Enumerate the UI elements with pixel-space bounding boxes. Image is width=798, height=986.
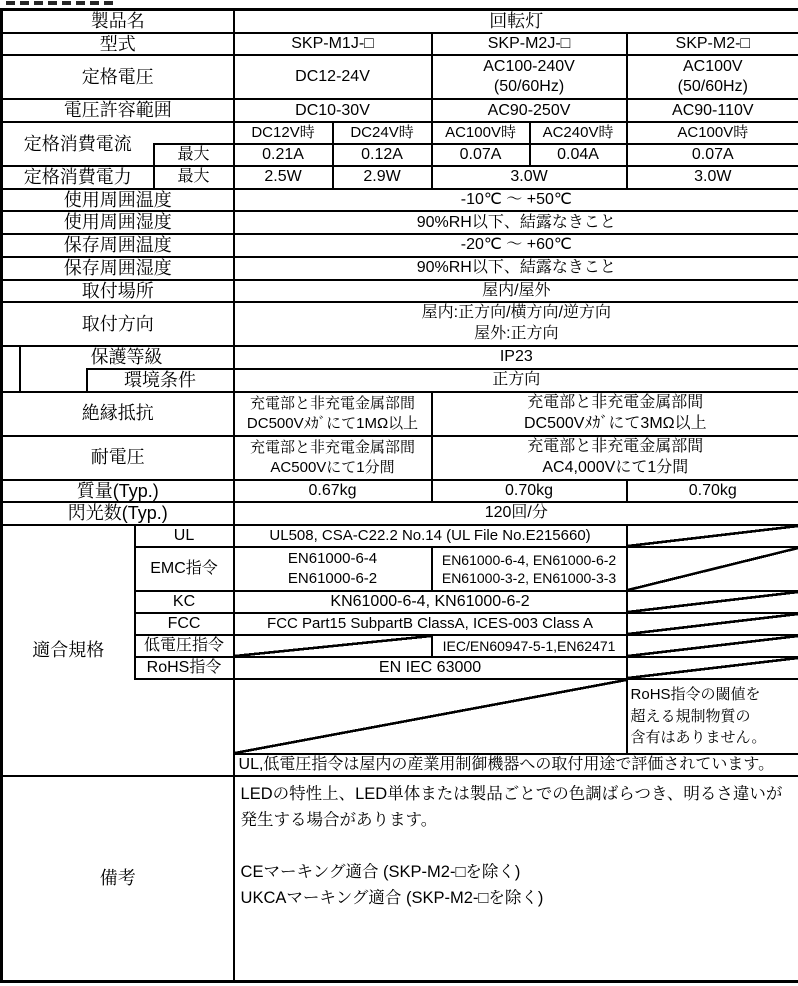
current-header-ac240: AC240V時 <box>530 122 627 144</box>
compliance-rohs-na-cell <box>627 657 798 679</box>
rated-voltage-m3-line1: AC100V <box>630 57 797 78</box>
compliance-ul-na-cell <box>627 525 798 547</box>
insulation-label: 絶縁抵抗 <box>2 392 234 436</box>
row-mass: 質量(Typ.) 0.67kg 0.70kg 0.70kg <box>2 480 798 503</box>
rated-power-label: 定格消費電力 <box>2 166 154 189</box>
insulation-m1-line1: 充電部と非充電金属部間 <box>237 394 429 414</box>
withstand-m1-line1: 充電部と非充電金属部間 <box>237 438 429 458</box>
rated-voltage-label: 定格電圧 <box>2 55 234 99</box>
compliance-lvd-value: IEC/EN60947-5-1,EN62471 <box>432 635 627 657</box>
power-v1: 2.5W <box>234 166 333 189</box>
withstand-m2-line1: 充電部と非充電金属部間 <box>435 437 797 458</box>
mass-m2: 0.70kg <box>432 480 627 503</box>
op-humidity-label: 使用周囲湿度 <box>2 211 234 234</box>
compliance-fcc-value: FCC Part15 SubpartB ClassA, ICES-003 Cla… <box>234 613 627 635</box>
insulation-m1-line2: DC500Vﾒｶﾞにて1MΩ以上 <box>237 414 429 434</box>
compliance-emc-m2: EN61000-6-4, EN61000-6-2 EN61000-3-2, EN… <box>432 547 627 591</box>
compliance-emc-m2-line1: EN61000-6-4, EN61000-6-2 <box>435 551 624 569</box>
storage-humidity-label: 保存周囲湿度 <box>2 257 234 280</box>
flash-rate-value: 120回/分 <box>234 502 798 525</box>
spec-sheet-page: { "colors": {"border": "#000000", "backg… <box>0 0 798 986</box>
withstand-m2: 充電部と非充電金属部間 AC4,000Vにて1分間 <box>432 436 798 480</box>
compliance-kc-label: KC <box>135 591 234 613</box>
op-temp-label: 使用周囲温度 <box>2 189 234 212</box>
insulation-m1: 充電部と非充電金属部間 DC500Vﾒｶﾞにて1MΩ以上 <box>234 392 432 436</box>
rated-current-max-label: 最大 <box>154 144 234 166</box>
compliance-group-label: 適合規格 <box>2 525 135 776</box>
voltage-range-m1: DC10-30V <box>234 99 432 122</box>
row-env-condition: 環境条件 正方向 <box>2 369 798 392</box>
withstand-m1-line2: AC500Vにて1分間 <box>237 458 429 478</box>
power-v2: 2.9W <box>333 166 432 189</box>
row-rated-power: 定格消費電力 最大 2.5W 2.9W 3.0W 3.0W <box>2 166 798 189</box>
compliance-ul-value: UL508, CSA-C22.2 No.14 (UL File No.E2156… <box>234 525 627 547</box>
row-withstand-voltage: 耐電圧 充電部と非充電金属部間 AC500Vにて1分間 充電部と非充電金属部間 … <box>2 436 798 480</box>
power-v4: 3.0W <box>627 166 798 189</box>
compliance-emc-m2-line2: EN61000-3-2, EN61000-3-3 <box>435 569 624 587</box>
protection-value: IP23 <box>234 346 798 369</box>
product-name-label: 製品名 <box>2 10 234 33</box>
current-header-ac100: AC100V時 <box>432 122 530 144</box>
storage-humidity-value: 90%RH以下、結露なきこと <box>234 257 798 280</box>
withstand-m1: 充電部と非充電金属部間 AC500Vにて1分間 <box>234 436 432 480</box>
compliance-rohs-value: EN IEC 63000 <box>234 657 627 679</box>
compliance-kc-na-cell <box>627 591 798 613</box>
row-product-name: 製品名 回転灯 <box>2 10 798 33</box>
model-label: 型式 <box>2 33 234 56</box>
protection-label-text: 保護等級 <box>87 347 198 368</box>
compliance-rohs-label: RoHS指令 <box>135 657 234 679</box>
compliance-emc-label: EMC指令 <box>135 547 234 591</box>
compliance-emc-m1: EN61000-6-4 EN61000-6-2 <box>234 547 432 591</box>
row-mount-direction: 取付方向 屋内:正方向/横方向/逆方向 屋外:正方向 <box>2 302 798 346</box>
mount-direction-value: 屋内:正方向/横方向/逆方向 屋外:正方向 <box>234 302 798 346</box>
mount-place-label: 取付場所 <box>2 280 234 303</box>
env-condition-value: 正方向 <box>234 369 798 392</box>
voltage-range-m2: AC90-250V <box>432 99 627 122</box>
rated-voltage-m2-line1: AC100-240V <box>435 57 624 78</box>
compliance-empty-cell <box>135 679 234 776</box>
op-humidity-value: 90%RH以下、結露なきこと <box>234 211 798 234</box>
compliance-emc-m1-line1: EN61000-6-4 <box>237 549 429 569</box>
row-insulation: 絶縁抵抗 充電部と非充電金属部間 DC500Vﾒｶﾞにて1MΩ以上 充電部と非充… <box>2 392 798 436</box>
mass-label: 質量(Typ.) <box>2 480 234 503</box>
voltage-range-m3: AC90-110V <box>627 99 798 122</box>
insulation-m2-line2: DC500Vﾒｶﾞにて3MΩ以上 <box>435 414 797 435</box>
row-storage-humidity: 保存周囲湿度 90%RH以下、結露なきこと <box>2 257 798 280</box>
mount-direction-indoor: 屋内:正方向/横方向/逆方向 <box>237 303 797 324</box>
mass-m1: 0.67kg <box>234 480 432 503</box>
flash-rate-label: 閃光数(Typ.) <box>2 502 234 525</box>
compliance-lvd-label: 低電圧指令 <box>135 635 234 657</box>
withstand-m2-line2: AC4,000Vにて1分間 <box>435 458 797 479</box>
insulation-m2-line1: 充電部と非充電金属部間 <box>435 393 797 414</box>
compliance-rohs-note: RoHS指令の閾値を超える規制物質の含有はありません。 <box>627 679 798 754</box>
protection-left-strip <box>2 346 20 391</box>
mount-direction-label: 取付方向 <box>2 302 234 346</box>
rated-voltage-m2-line2: (50/60Hz) <box>435 77 624 98</box>
mount-direction-outdoor: 屋外:正方向 <box>237 324 797 345</box>
compliance-lvd-na-cell-m3 <box>627 635 798 657</box>
compliance-lvd-na-cell <box>234 635 432 657</box>
row-op-humidity: 使用周囲湿度 90%RH以下、結露なきこと <box>2 211 798 234</box>
row-op-temp: 使用周囲温度 -10℃ ～ +50℃ <box>2 189 798 212</box>
rated-voltage-m3: AC100V (50/60Hz) <box>627 55 798 99</box>
model-m2: SKP-M2J-□ <box>432 33 627 56</box>
compliance-fcc-label: FCC <box>135 613 234 635</box>
voltage-range-label: 電圧許容範囲 <box>2 99 234 122</box>
current-v2: 0.12A <box>333 144 432 166</box>
row-rated-current-header: 定格消費電流 DC12V時 DC24V時 AC100V時 AC240V時 AC1… <box>2 122 798 144</box>
current-v1: 0.21A <box>234 144 333 166</box>
row-mount-place: 取付場所 屋内/屋外 <box>2 280 798 303</box>
power-v3: 3.0W <box>432 166 627 189</box>
current-header-dc12: DC12V時 <box>234 122 333 144</box>
insulation-m2: 充電部と非充電金属部間 DC500Vﾒｶﾞにて3MΩ以上 <box>432 392 798 436</box>
row-flash-rate: 閃光数(Typ.) 120回/分 <box>2 502 798 525</box>
current-header-ac100-m3: AC100V時 <box>627 122 798 144</box>
compliance-big-na-cell <box>234 679 627 754</box>
storage-temp-value: -20℃ ～ +60℃ <box>234 234 798 257</box>
row-remarks: 備考 LEDの特性上、LED単体または製品ごとでの色調ばらつき、明るさ違いが発生… <box>2 776 798 982</box>
rated-current-label: 定格消費電流 <box>2 122 154 166</box>
compliance-ul-note: UL,低電圧指令は屋内の産業用制御機器への取付用途で評価されています。 <box>234 754 798 776</box>
compliance-emc-na-cell <box>627 547 798 591</box>
rated-voltage-m1: DC12-24V <box>234 55 432 99</box>
compliance-ul-label: UL <box>135 525 234 547</box>
compliance-fcc-na-cell <box>627 613 798 635</box>
row-compliance-ul: 適合規格 UL UL508, CSA-C22.2 No.14 (UL File … <box>2 525 798 547</box>
compliance-kc-value: KN61000-6-4, KN61000-6-2 <box>234 591 627 613</box>
clipped-text-artifact <box>6 1 116 5</box>
row-storage-temp: 保存周囲温度 -20℃ ～ +60℃ <box>2 234 798 257</box>
withstand-label: 耐電圧 <box>2 436 234 480</box>
env-condition-label: 環境条件 <box>87 369 234 392</box>
rated-power-max-label: 最大 <box>154 166 234 189</box>
row-voltage-range: 電圧許容範囲 DC10-30V AC90-250V AC90-110V <box>2 99 798 122</box>
mount-place-value: 屋内/屋外 <box>234 280 798 303</box>
row-protection-class: 保護等級 IP23 <box>2 346 798 369</box>
current-v3: 0.07A <box>432 144 530 166</box>
current-header-dc24: DC24V時 <box>333 122 432 144</box>
current-v5: 0.07A <box>627 144 798 166</box>
row-rated-voltage: 定格電圧 DC12-24V AC100-240V (50/60Hz) AC100… <box>2 55 798 99</box>
remarks-body: LEDの特性上、LED単体または製品ごとでの色調ばらつき、明るさ違いが発生する場… <box>234 776 798 982</box>
row-model: 型式 SKP-M1J-□ SKP-M2J-□ SKP-M2-□ <box>2 33 798 56</box>
storage-temp-label: 保存周囲温度 <box>2 234 234 257</box>
op-temp-value: -10℃ ～ +50℃ <box>234 189 798 212</box>
rated-voltage-m2: AC100-240V (50/60Hz) <box>432 55 627 99</box>
protection-indent-strip <box>20 346 87 391</box>
current-v4: 0.04A <box>530 144 627 166</box>
spec-table: 製品名 回転灯 型式 SKP-M1J-□ SKP-M2J-□ SKP-M2-□ … <box>0 8 798 983</box>
model-m3: SKP-M2-□ <box>627 33 798 56</box>
rated-current-spacer <box>154 122 234 144</box>
remarks-label: 備考 <box>2 776 234 982</box>
rated-voltage-m3-line2: (50/60Hz) <box>630 77 797 98</box>
mass-m3: 0.70kg <box>627 480 798 503</box>
product-name-value: 回転灯 <box>234 10 798 33</box>
protection-label: 保護等級 <box>87 346 234 369</box>
model-m1: SKP-M1J-□ <box>234 33 432 56</box>
compliance-emc-m1-line2: EN61000-6-2 <box>237 569 429 589</box>
